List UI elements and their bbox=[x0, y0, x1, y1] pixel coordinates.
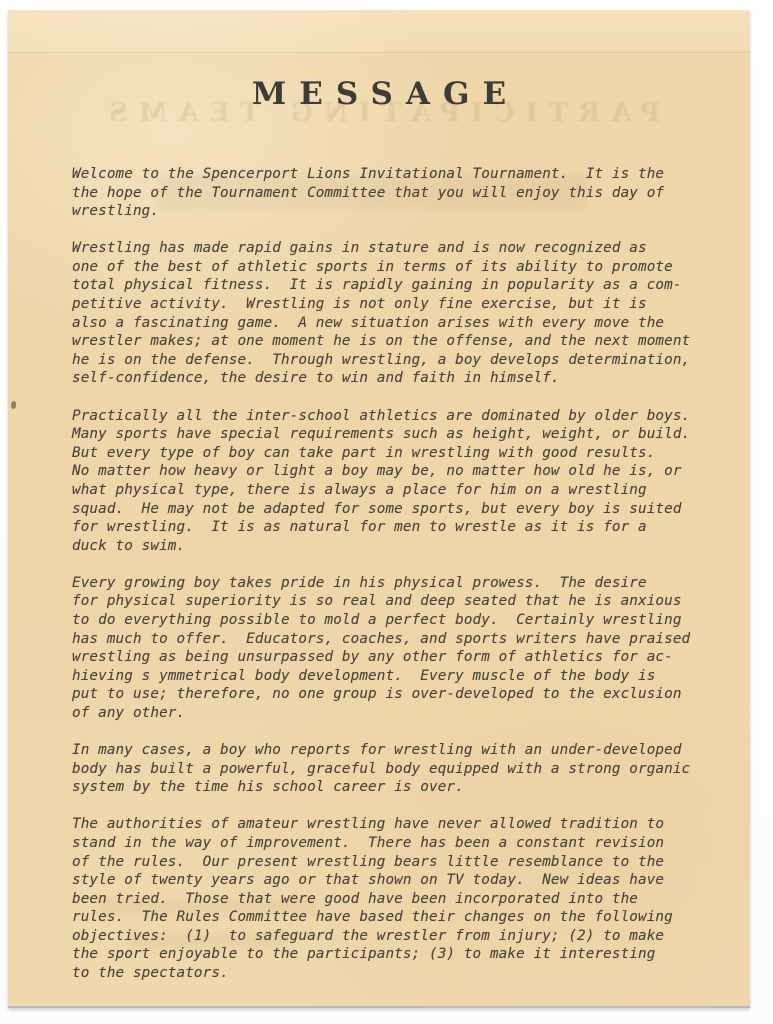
page-title: MESSAGE bbox=[8, 10, 750, 112]
paragraph-wrestling-gains: Wrestling has made rapid gains in statur… bbox=[72, 239, 724, 388]
paper-speck bbox=[11, 401, 16, 409]
paragraph-rules-authorities: The authorities of amateur wrestling hav… bbox=[72, 815, 724, 982]
paragraph-interschool-athletics: Practically all the inter-school athleti… bbox=[72, 407, 724, 556]
scan-background: PARTICIPATING TEAMS MESSAGE Welcome to t… bbox=[0, 0, 773, 1024]
paragraph-underdeveloped-body: In many cases, a boy who reports for wre… bbox=[72, 741, 724, 797]
document-page: PARTICIPATING TEAMS MESSAGE Welcome to t… bbox=[8, 10, 750, 1008]
paragraph-physical-prowess: Every growing boy takes pride in his phy… bbox=[72, 574, 724, 723]
paragraph-welcome: Welcome to the Spencerport Lions Invitat… bbox=[72, 165, 724, 221]
message-body: Welcome to the Spencerport Lions Invitat… bbox=[72, 165, 724, 983]
